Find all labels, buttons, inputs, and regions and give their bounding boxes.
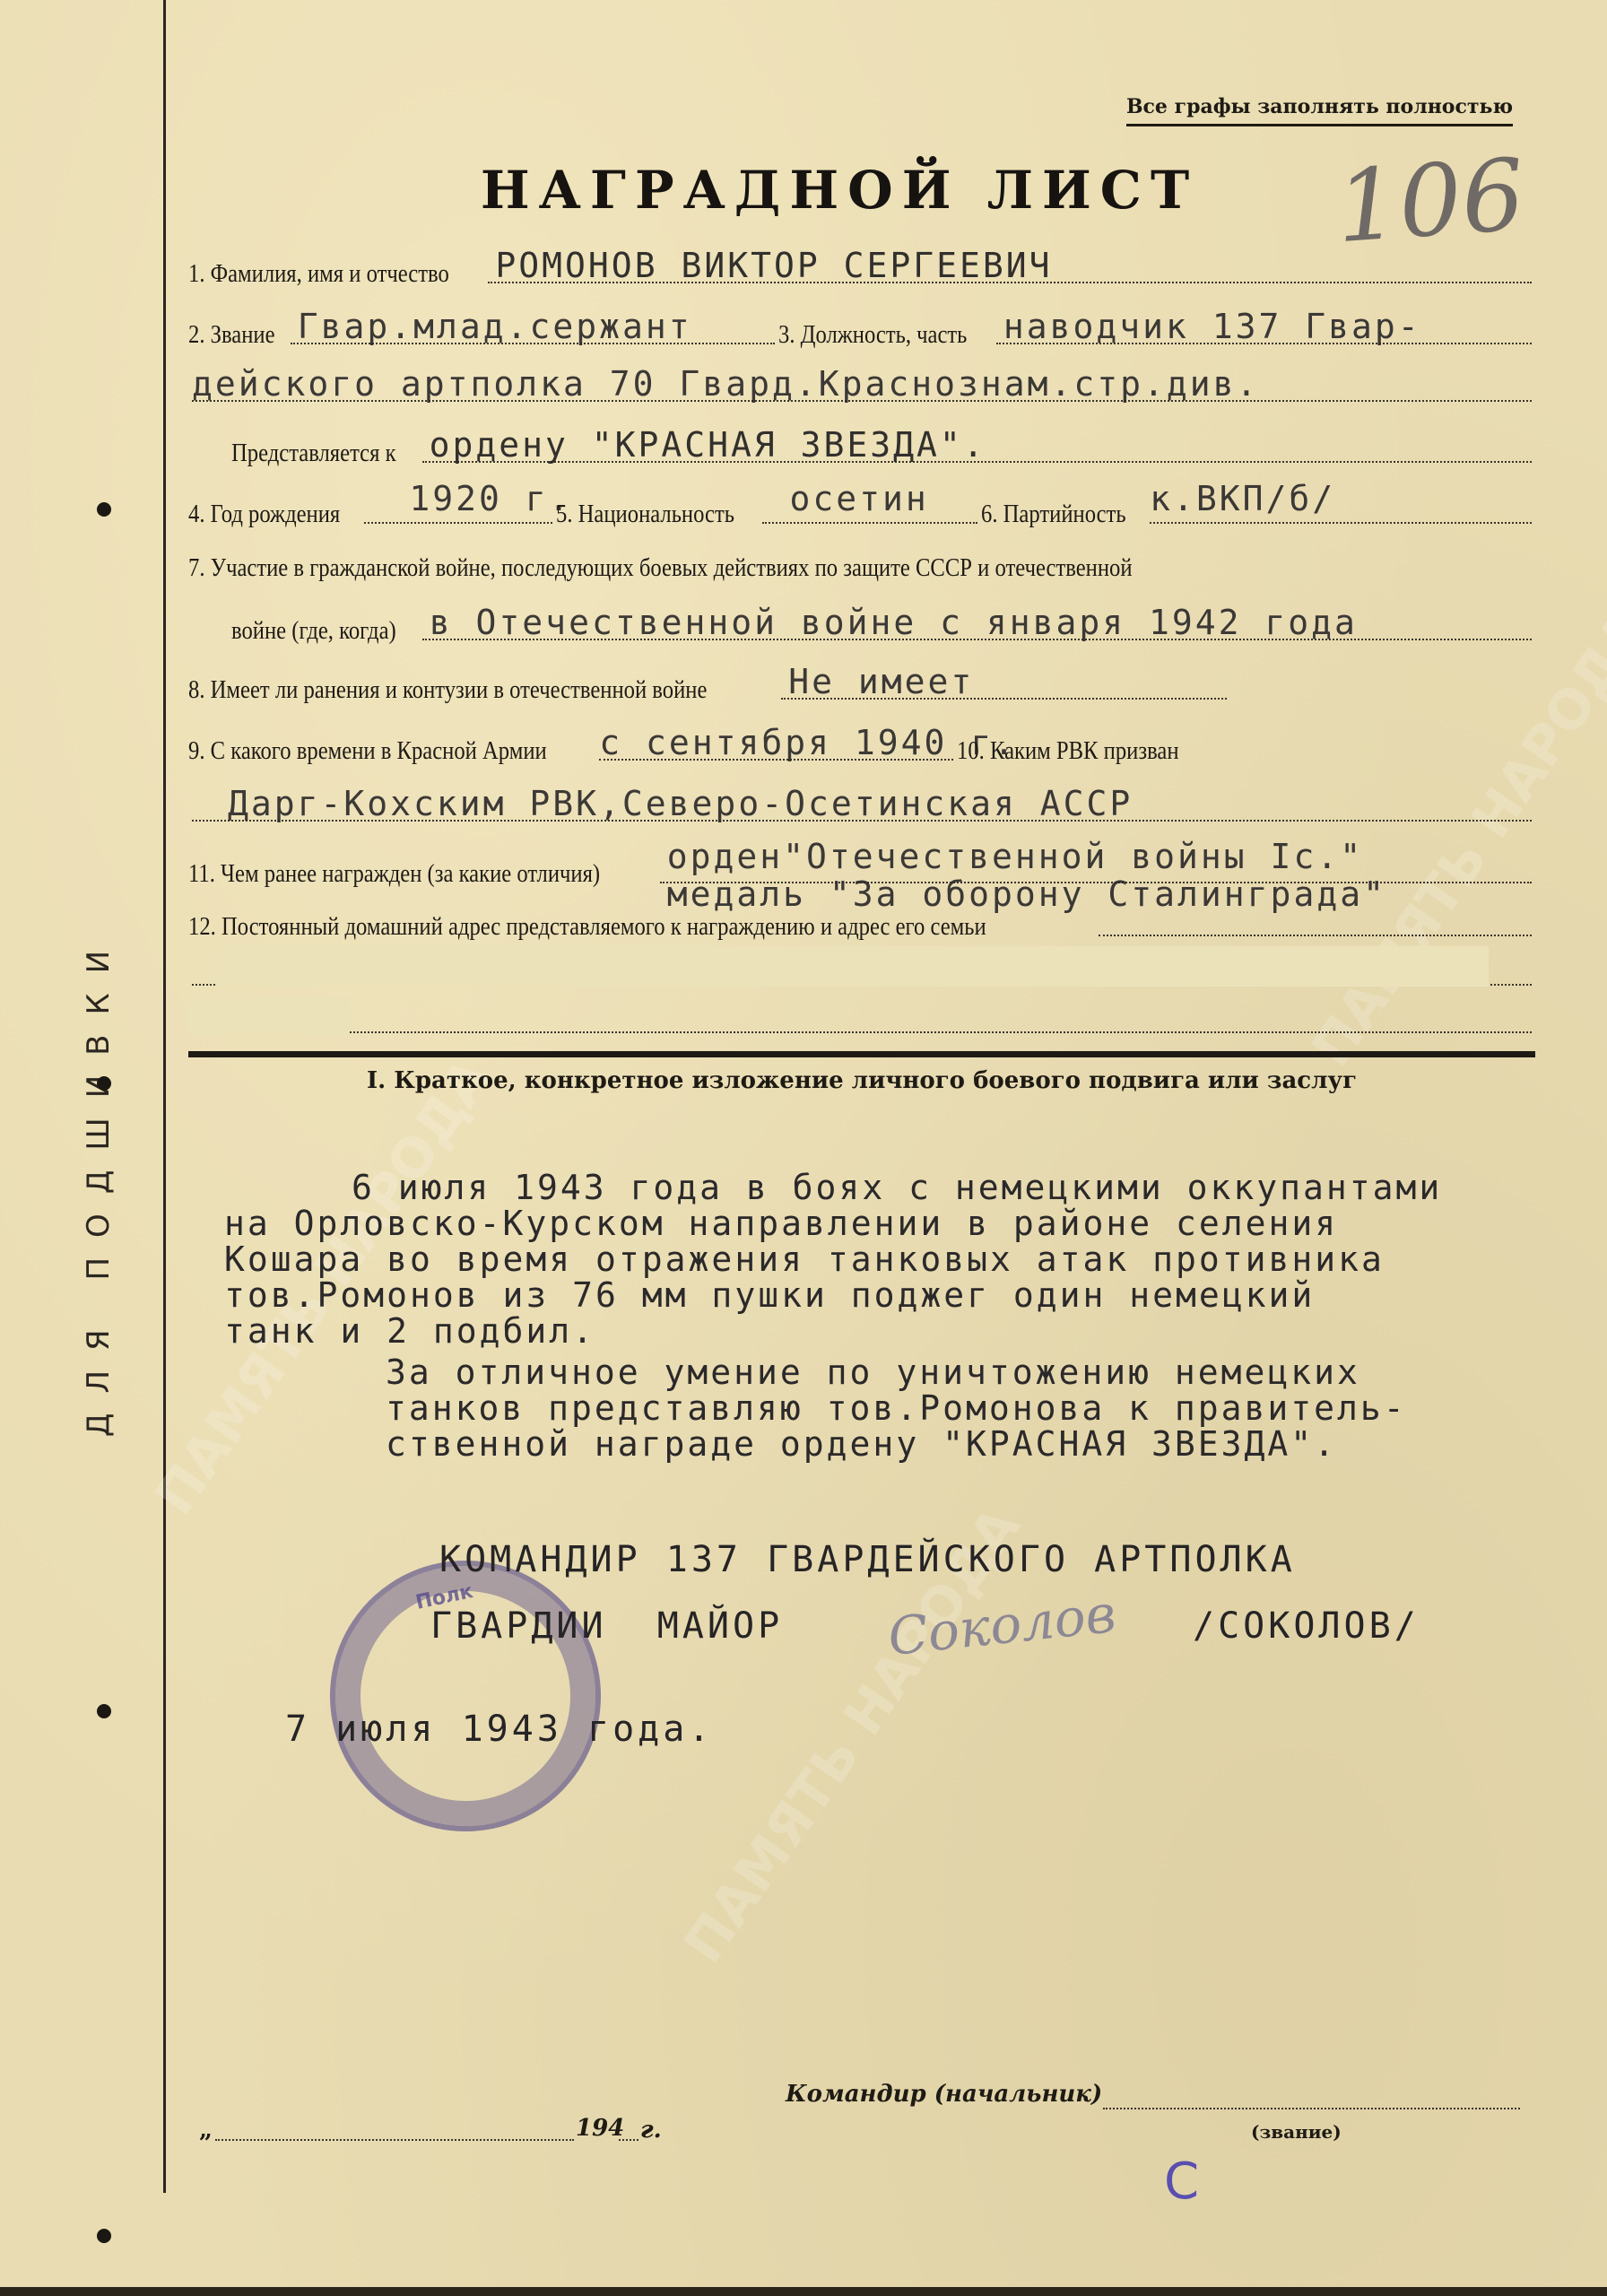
field-line: к.ВКП/б/ <box>1150 522 1532 524</box>
pencil-mark: С <box>1164 2152 1199 2211</box>
field-label: 5. Национальность <box>556 500 734 529</box>
field-war-participation-value: войне (где, когда) в Отечественной войне… <box>231 592 1535 646</box>
narrative-line: Кошара во время отражения танковых атак … <box>224 1241 1587 1277</box>
instruction-note: Все графы заполнять полностью <box>1126 95 1513 126</box>
field-label: 12. Постоянный домашний адрес представля… <box>188 913 986 942</box>
footer-year-line <box>619 2139 638 2141</box>
field-army-rvk: 9. С какого времени в Красной Армии с се… <box>188 716 1535 766</box>
field-birth-nationality-party: 4. Год рождения 1920 г. 5. Национальност… <box>188 474 1535 529</box>
binding-margin-rule <box>163 0 166 2193</box>
field-value: Дарг-Кохским РВК,Северо-Осетинская АССР <box>228 784 1133 823</box>
field-label: 8. Имеет ли ранения и контузии в отечест… <box>188 676 707 705</box>
narrative-line: танк и 2 подбил. <box>224 1313 1587 1349</box>
field-value: Гвар.млад.сержант <box>298 307 692 346</box>
commander-rank: ГВАРДИИ МАЙОР <box>430 1605 783 1647</box>
field-line: Гвар.млад.сержант <box>291 343 775 344</box>
field-line: наводчик 137 Гвар- <box>996 343 1532 344</box>
footer-rank-caption: (звание) <box>1251 2121 1342 2143</box>
field-line: с сентября 1940 г. <box>599 759 953 761</box>
field-label: 6. Партийность <box>981 500 1126 529</box>
field-value: 1920 г. <box>409 479 571 518</box>
field-line <box>1099 935 1532 936</box>
field-war-participation: 7. Участие в гражданской войне, последую… <box>188 538 1535 583</box>
award-sheet: ДЛЯ ПОДШИВКИ ПАМЯТЬ НАРОДА ПАМЯТЬ НАРОДА… <box>0 0 1607 2296</box>
footer-year: 194 <box>576 2115 624 2142</box>
field-line <box>192 1031 1532 1033</box>
field-name: 1. Фамилия, имя и отчество РОМОНОВ ВИКТО… <box>188 235 1535 289</box>
binding-label: ДЛЯ ПОДШИВКИ <box>81 931 117 1437</box>
field-value: дейского артполка 70 Гвард.Краснознам.ст… <box>192 364 1259 404</box>
field-line: Не имеет <box>781 698 1227 700</box>
field-value: РОМОНОВ ВИКТОР СЕРГЕЕВИЧ <box>495 246 1052 285</box>
field-label: 9. С какого времени в Красной Армии <box>188 737 547 766</box>
field-label: 11. Чем ранее награжден (за какие отличи… <box>188 860 600 889</box>
redacted-address <box>188 996 350 1036</box>
field-label: войне (где, когда) <box>231 617 396 646</box>
field-prior-awards: 11. Чем ранее награжден (за какие отличи… <box>188 839 1535 889</box>
narrative-line: За отличное умение по уничтожению немецк… <box>386 1354 1607 1390</box>
footer-date-line <box>215 2139 574 2141</box>
narrative-line: танков представляю тов.Ромонова к правит… <box>386 1390 1607 1426</box>
field-line: 1920 г. <box>364 522 552 524</box>
field-value: орден"Отечественной войны Iс." <box>667 837 1363 876</box>
punch-hole <box>97 1704 111 1718</box>
footer-date-prefix: „ <box>199 2117 213 2144</box>
footer-commander-label: Командир (начальник) <box>786 2081 1102 2108</box>
footer-year-suffix: г. <box>640 2117 662 2144</box>
field-label: 4. Год рождения <box>188 500 340 529</box>
narrative-line: на Орловско-Курском направлении в районе… <box>224 1205 1587 1241</box>
section-heading: I. Краткое, конкретное изложение личного… <box>0 1067 1607 1094</box>
field-value: в Отечественной войне с января 1942 года <box>430 603 1358 642</box>
field-value: к.ВКП/б/ <box>1150 479 1335 518</box>
field-value: осетин <box>789 479 928 518</box>
commander-name: /СОКОЛОВ/ <box>1193 1605 1420 1647</box>
punch-hole <box>97 502 111 517</box>
field-line: орден"Отечественной войны Iс." медаль "З… <box>660 882 1532 883</box>
field-value: наводчик 137 Гвар- <box>1003 307 1421 346</box>
field-line: дейского артполка 70 Гвард.Краснознам.ст… <box>192 400 1532 402</box>
scan-edge <box>0 2287 1607 2296</box>
signoff-date: 7 июля 1943 года. <box>285 1709 713 1750</box>
field-value: Не имеет <box>788 662 974 701</box>
field-label: Представляется к <box>231 439 396 468</box>
field-value: ордену "КРАСНАЯ ЗВЕЗДА". <box>430 425 986 465</box>
field-rank-position: 2. Звание Гвар.млад.сержант 3. Должность… <box>188 296 1535 350</box>
field-line: Дарг-Кохским РВК,Северо-Осетинская АССР <box>192 820 1532 822</box>
field-line: ордену "КРАСНАЯ ЗВЕЗДА". <box>422 461 1532 463</box>
footer-commander-line <box>1103 2108 1520 2109</box>
field-nominated: Представляется к ордену "КРАСНАЯ ЗВЕЗДА"… <box>231 414 1535 468</box>
narrative-line: тов.Ромонов из 76 мм пушки поджег один н… <box>224 1277 1587 1313</box>
field-label: 7. Участие в гражданской войне, последую… <box>188 554 1133 583</box>
field-label: 1. Фамилия, имя и отчество <box>188 260 449 289</box>
narrative-line: 6 июля 1943 года в боях с немецкими окку… <box>352 1170 1607 1205</box>
redacted-address <box>215 946 1489 987</box>
field-line: РОМОНОВ ВИКТОР СЕРГЕЕВИЧ <box>488 282 1532 283</box>
commander-title: КОМАНДИР 137 ГВАРДЕЙСКОГО АРТПОЛКА <box>439 1539 1296 1580</box>
field-line: в Отечественной войне с января 1942 года <box>422 639 1532 640</box>
field-rvk-value: Дарг-Кохским РВК,Северо-Осетинская АССР <box>188 773 1535 827</box>
field-label: 2. Звание <box>188 321 275 350</box>
narrative-line: ственной награде ордену "КРАСНАЯ ЗВЕЗДА"… <box>386 1426 1607 1462</box>
punch-hole <box>97 2229 111 2243</box>
field-label: 3. Должность, часть <box>778 321 967 350</box>
field-label: 10. Каким РВК призван <box>957 737 1179 766</box>
field-address: 12. Постоянный домашний адрес представля… <box>188 897 1535 942</box>
field-position-continued: дейского артполка 70 Гвард.Краснознам.ст… <box>188 355 1535 407</box>
field-line: осетин <box>762 522 977 524</box>
field-address-line-3 <box>188 1012 1535 1039</box>
field-value: с сентября 1940 г. <box>599 723 1017 762</box>
section-divider <box>188 1051 1535 1057</box>
official-stamp: Полк <box>305 1535 626 1857</box>
field-wounds: 8. Имеет ли ранения и контузии в отечест… <box>188 655 1230 705</box>
